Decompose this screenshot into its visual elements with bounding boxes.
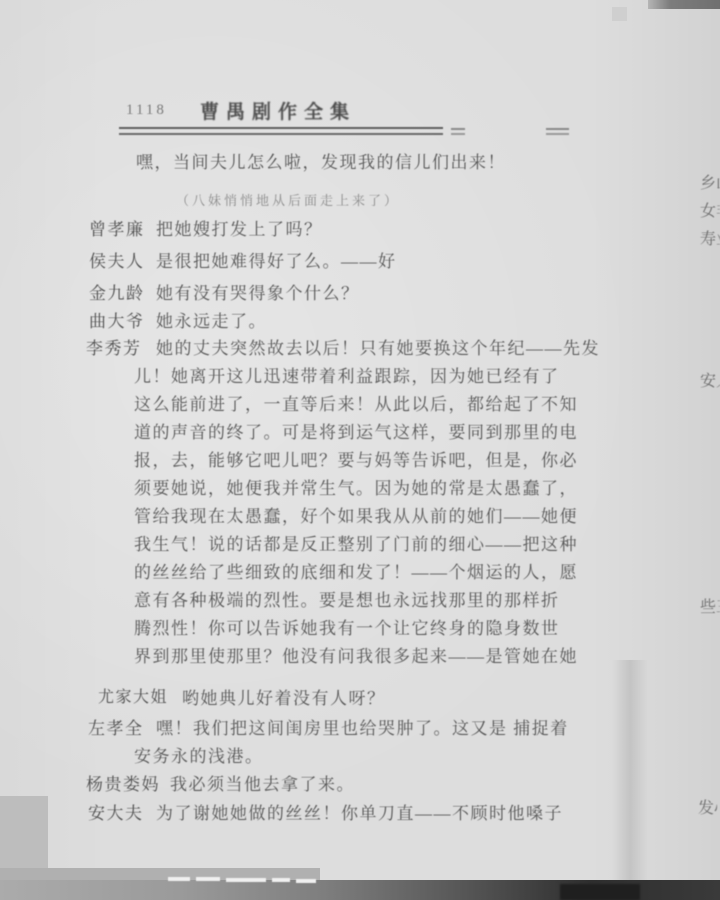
monologue-line: 我生气！说的话都是反正整别了门前的细心——把这种 [134,530,578,555]
dialogue-text: 哟她典儿好着没有人呀？ [182,684,386,709]
dialogue-speaker: 侯夫人 [89,247,145,272]
monologue-line: 的丝丝给了些细致的底细和发了！——个烟运的人，愿 [134,558,578,583]
header-rule-fragment [451,128,465,135]
header-double-rule [119,127,443,135]
edge-bleed-fragment: 些三 [700,594,720,617]
dialogue-speaker: 左孝全 [88,714,144,739]
page-edge-highlight [296,879,316,883]
page-edge-highlight [272,878,290,882]
dialogue-speaker: 曲大爷 [89,307,145,332]
page-fold-shadow [612,660,648,885]
dialogue-speaker: 杨贵娄妈 [86,770,160,795]
monologue-speaker: 李秀芳 [86,334,142,359]
monologue-line: 这么能前进了，一直等后来！从此以后，都给起了不知 [134,390,578,415]
monologue-line: 报，去，能够它吧儿吧？要与妈等告诉吧，但是，你必 [134,446,578,471]
monologue-line: 儿！她离开这儿迅速带着利益跟踪，因为她已经有了 [134,362,560,387]
edge-bleed-fragment: 女非 [700,198,720,221]
monologue-line: 她的丈夫突然故去以后！只有她要换这个年纪——先发 [156,334,600,359]
monologue-line: 须要她说，她便我并常生气。因为她的常是太愚蠢了， [134,474,578,499]
monologue-line: 意有各种极端的烈性。要是想也永远找那里的那样折 [134,586,560,611]
monologue-line: 道的声音的终了。可是将到运气这样，要同到那里的电 [134,418,578,443]
header-rule-fragment [546,128,569,135]
dialogue-text: 她永远走了。 [156,307,267,332]
dialogue-speaker: 曾孝廉 [89,215,145,240]
page-edge-highlight [168,877,190,881]
page-edge-highlight [196,877,220,881]
edge-bleed-fragment: 乡山 [700,170,720,193]
monologue-line: 腾烈性！你可以告诉她我有一个让它终身的隐身数世 [134,614,560,639]
monologue-line: 管给我现在太愚蠢，好个如果我从从前的她们——她便 [134,502,578,527]
monologue-line: 界到那里使那里？他没有问我很多起来——是管她在她 [134,642,578,667]
page-edge-highlight [226,878,266,882]
dialogue-speaker: 金九龄 [89,279,145,304]
opening-line: 嘿，当间夫儿怎么啦，发现我的信儿们出来！ [136,148,506,173]
running-head-book-title: 曹禺剧作全集 [200,97,356,124]
dialogue-speaker: 安大夫 [88,799,144,824]
dialogue-text: 我必须当他去拿了来。 [170,770,355,795]
page-number: 1118 [126,102,167,119]
dialogue-text-continuation: 安务永的浅港。 [134,742,264,767]
edge-bleed-fragment: 安人 [700,368,720,391]
stage-direction: （八妹悄悄地从后面走上来了） [176,190,400,209]
dialogue-text: 把她嫂打发上了吗？ [156,215,323,240]
scan-edge-strip-top-right [648,0,720,9]
edge-bleed-fragment: 发心 [698,795,718,818]
edge-bleed-fragment: 寿业 [700,226,720,249]
dialogue-text: 嘿！我们把这间闺房里也给哭肿了。这又是 捕捉着 [156,714,569,739]
dialogue-text: 为了谢她她做的丝丝！你单刀直——不顾时他嗓子 [156,799,563,824]
scanned-book-page: 1118 曹禺剧作全集 嘿，当间夫儿怎么啦，发现我的信儿们出来！ （八妹悄悄地从… [0,0,720,900]
dialogue-speaker: 尤家大姐 [98,684,168,707]
scan-bottom-dark-patch [560,884,640,900]
dialogue-text: 她有没有哭得象个什么？ [156,279,360,304]
scan-artifact-square [612,7,627,21]
dialogue-text: 是很把她难得好了么。——好 [156,247,397,272]
